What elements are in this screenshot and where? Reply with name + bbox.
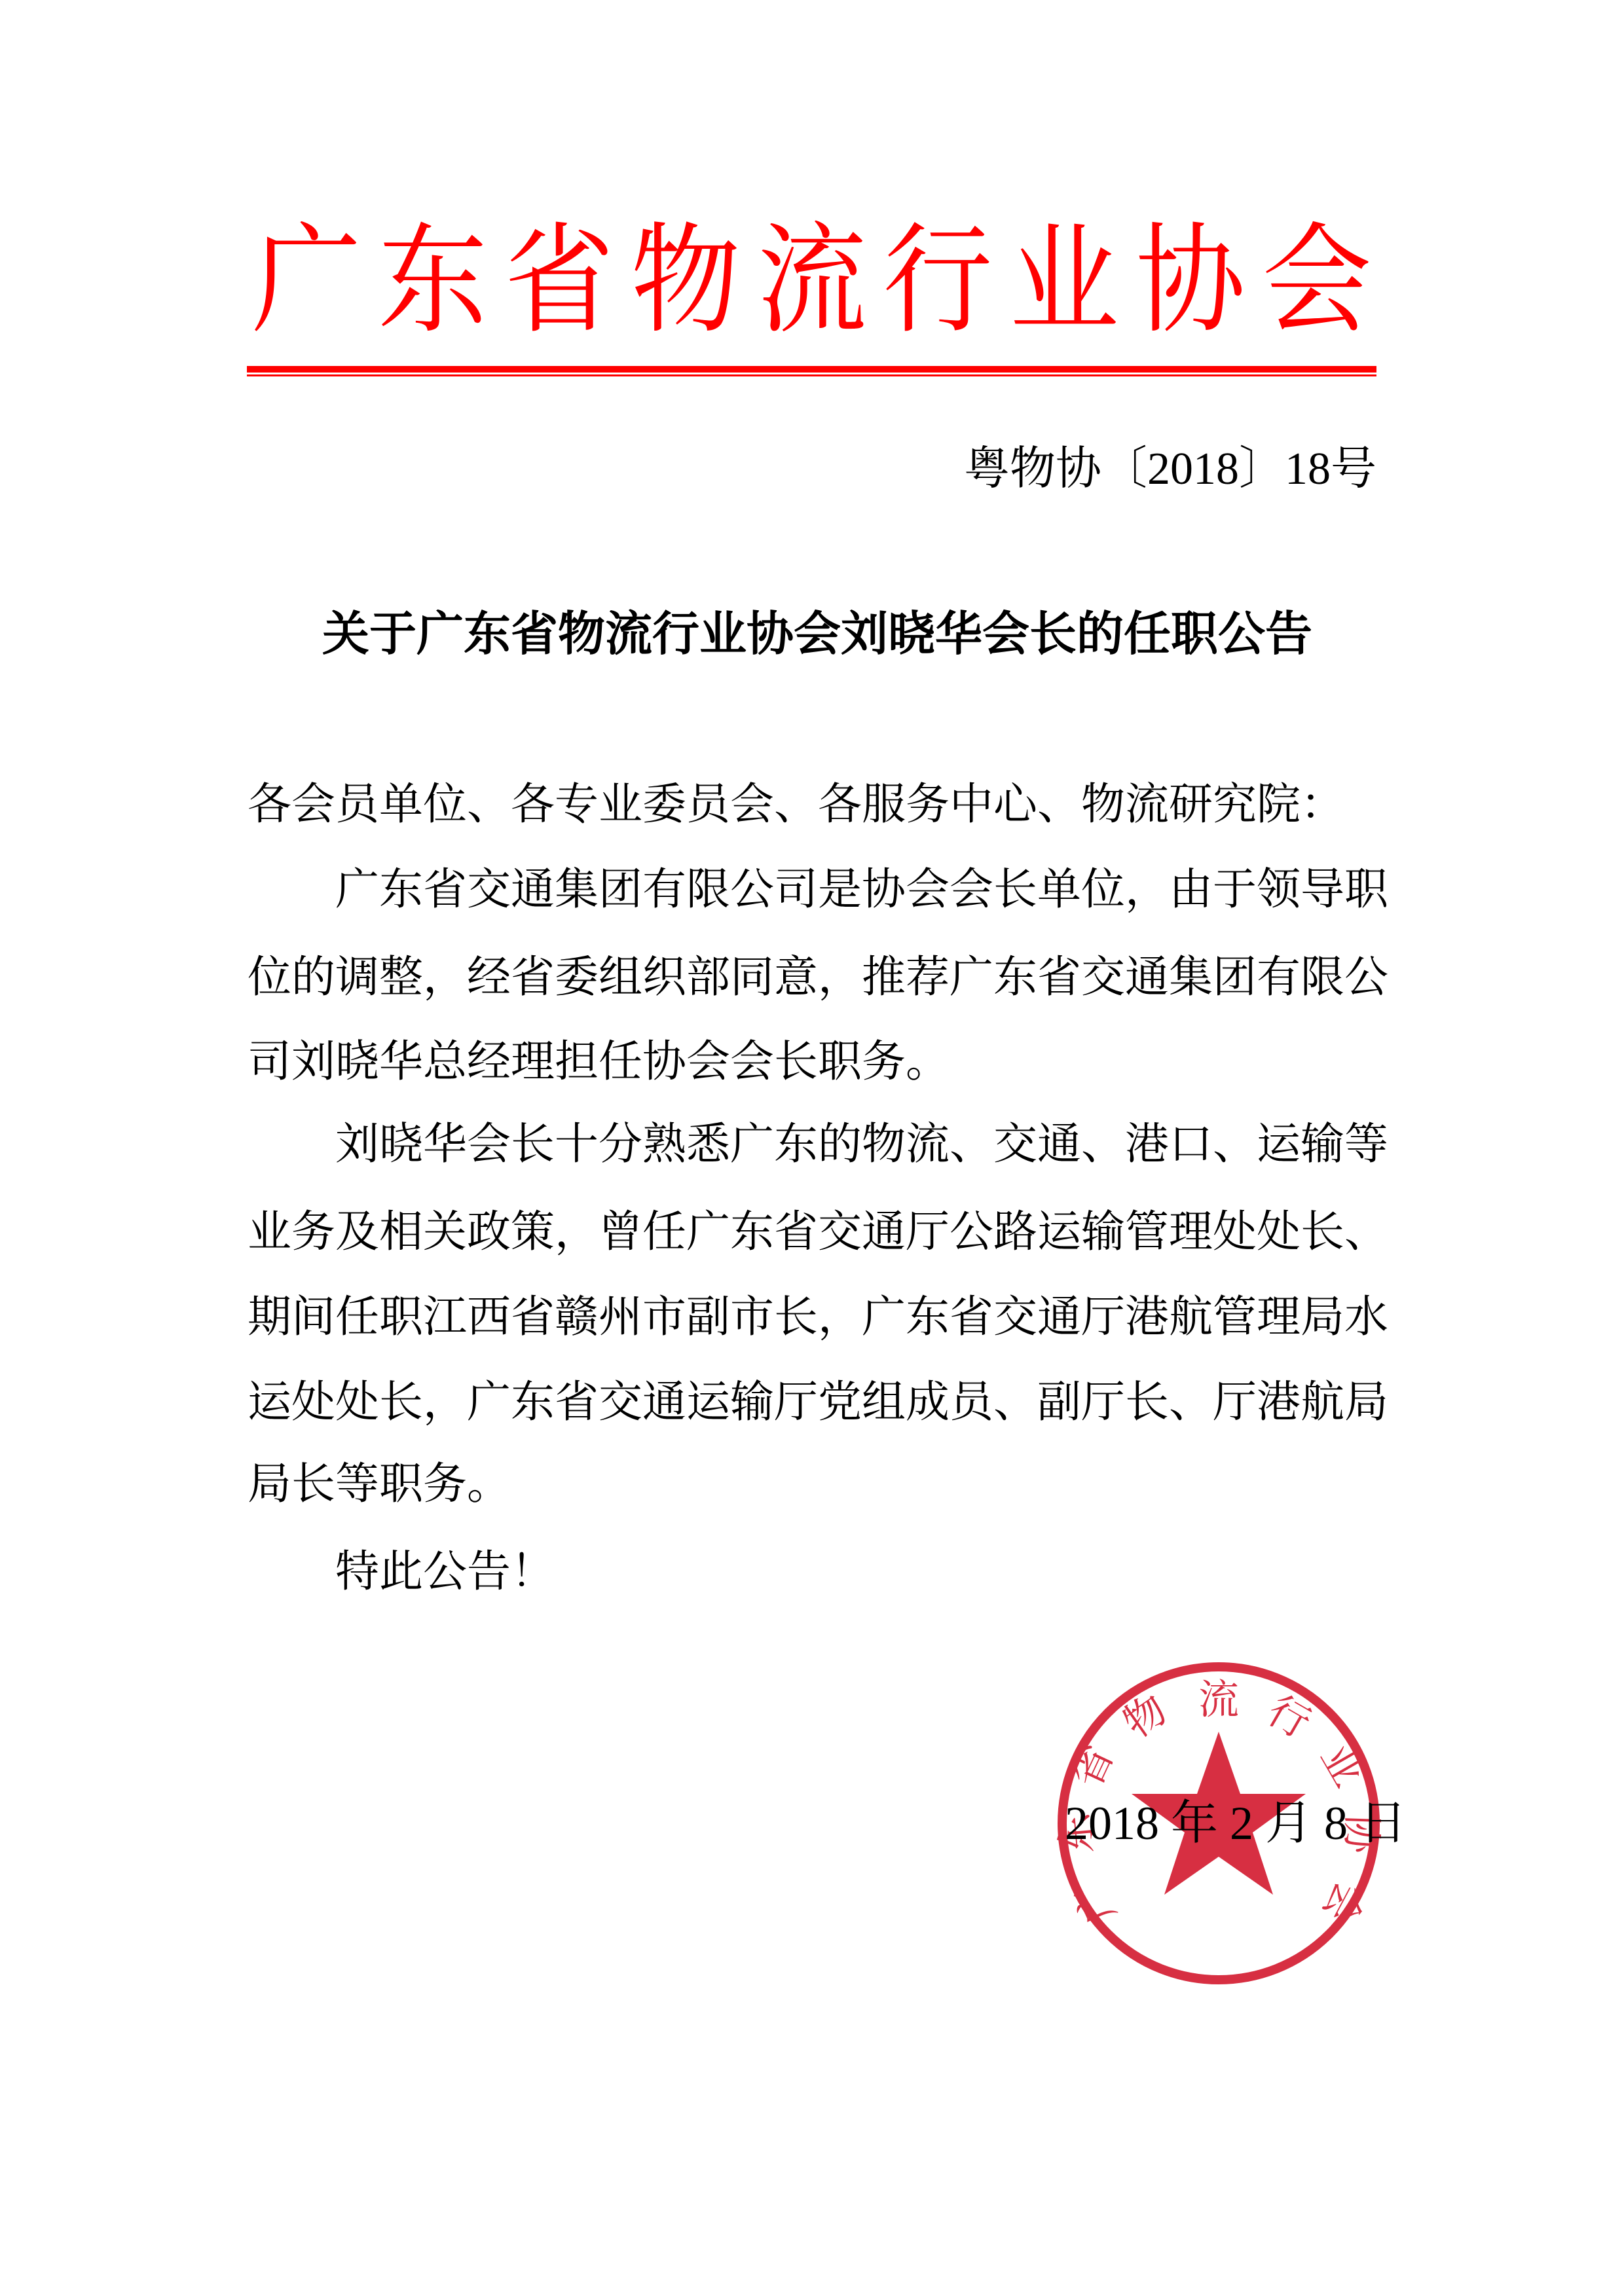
letterhead-char: 行 — [883, 208, 993, 352]
letterhead-char: 广 — [251, 208, 361, 352]
paragraph-1-line-2: 位的调整，经省委组织部同意，推荐广东省交通集团有限公 — [248, 944, 1380, 1010]
letterhead-title: 广 东 省 物 流 行 业 协 会 — [247, 208, 1376, 352]
paragraph-2-line-3: 期间任职江西省赣州市副市长，广东省交通厅港航管理局水 — [248, 1284, 1380, 1349]
seal-char: 业 — [1312, 1736, 1373, 1795]
seal-char: 省 — [1062, 1738, 1122, 1795]
letterhead-char: 协 — [1135, 208, 1245, 352]
paragraph-1-line-1: 广东省交通集团有限公司是协会会长单位，由于领导职 — [248, 856, 1468, 922]
paragraph-2-line-5: 局长等职务。 — [248, 1451, 1380, 1516]
letterhead-rule-thick — [247, 366, 1376, 373]
paragraph-2-line-2: 业务及相关政策，曾任广东省交通厅公路运输管理处处长、 — [248, 1199, 1380, 1264]
letterhead-char: 物 — [631, 208, 740, 352]
paragraph-1-line-3: 司刘晓华总经理担任协会会长职务。 — [248, 1029, 1380, 1094]
letterhead-char: 东 — [378, 208, 487, 352]
paragraph-2-line-4: 运处处长，广东省交通运输厅党组成员、副厅长、厅港航局 — [248, 1369, 1380, 1434]
letterhead-char: 省 — [504, 208, 614, 352]
seal-char: 流 — [1198, 1675, 1239, 1723]
document-page: 广 东 省 物 流 行 业 协 会 粤物协〔2018〕18号 关于广东省物流行业… — [0, 0, 1624, 2296]
paragraph-2-line-1: 刘晓华会长十分熟悉广东的物流、交通、港口、运输等 — [248, 1111, 1468, 1176]
letterhead-char: 业 — [1010, 208, 1119, 352]
notice-title: 关于广东省物流行业协会刘晓华会长的任职公告 — [297, 601, 1338, 666]
closing-line: 特此公告！ — [248, 1539, 1468, 1604]
letterhead-char: 会 — [1262, 208, 1371, 352]
letterhead-rule-thin — [247, 374, 1376, 376]
letterhead-char: 流 — [757, 208, 866, 352]
document-number: 粤物协〔2018〕18号 — [964, 440, 1376, 499]
signature-date: 2018 年 2 月 8 日 — [1065, 1794, 1407, 1853]
salutation: 各会员单位、各专业委员会、各服务中心、物流研究院： — [248, 771, 1380, 837]
